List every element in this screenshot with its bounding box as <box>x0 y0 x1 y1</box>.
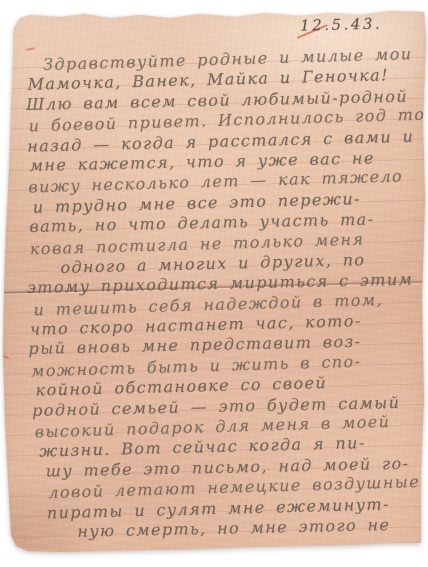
scan-background: 12.5.43. Здравствуйте родные и милые мои… <box>0 0 428 567</box>
paper-shadow-wrap: 12.5.43. Здравствуйте родные и милые мои… <box>0 0 428 567</box>
letter-paper: 12.5.43. Здравствуйте родные и милые мои… <box>0 0 428 567</box>
letter-lines: Здравствуйте родные и милые моиМамочка, … <box>21 45 428 545</box>
letter-content: 12.5.43. Здравствуйте родные и милые мои… <box>20 12 428 545</box>
